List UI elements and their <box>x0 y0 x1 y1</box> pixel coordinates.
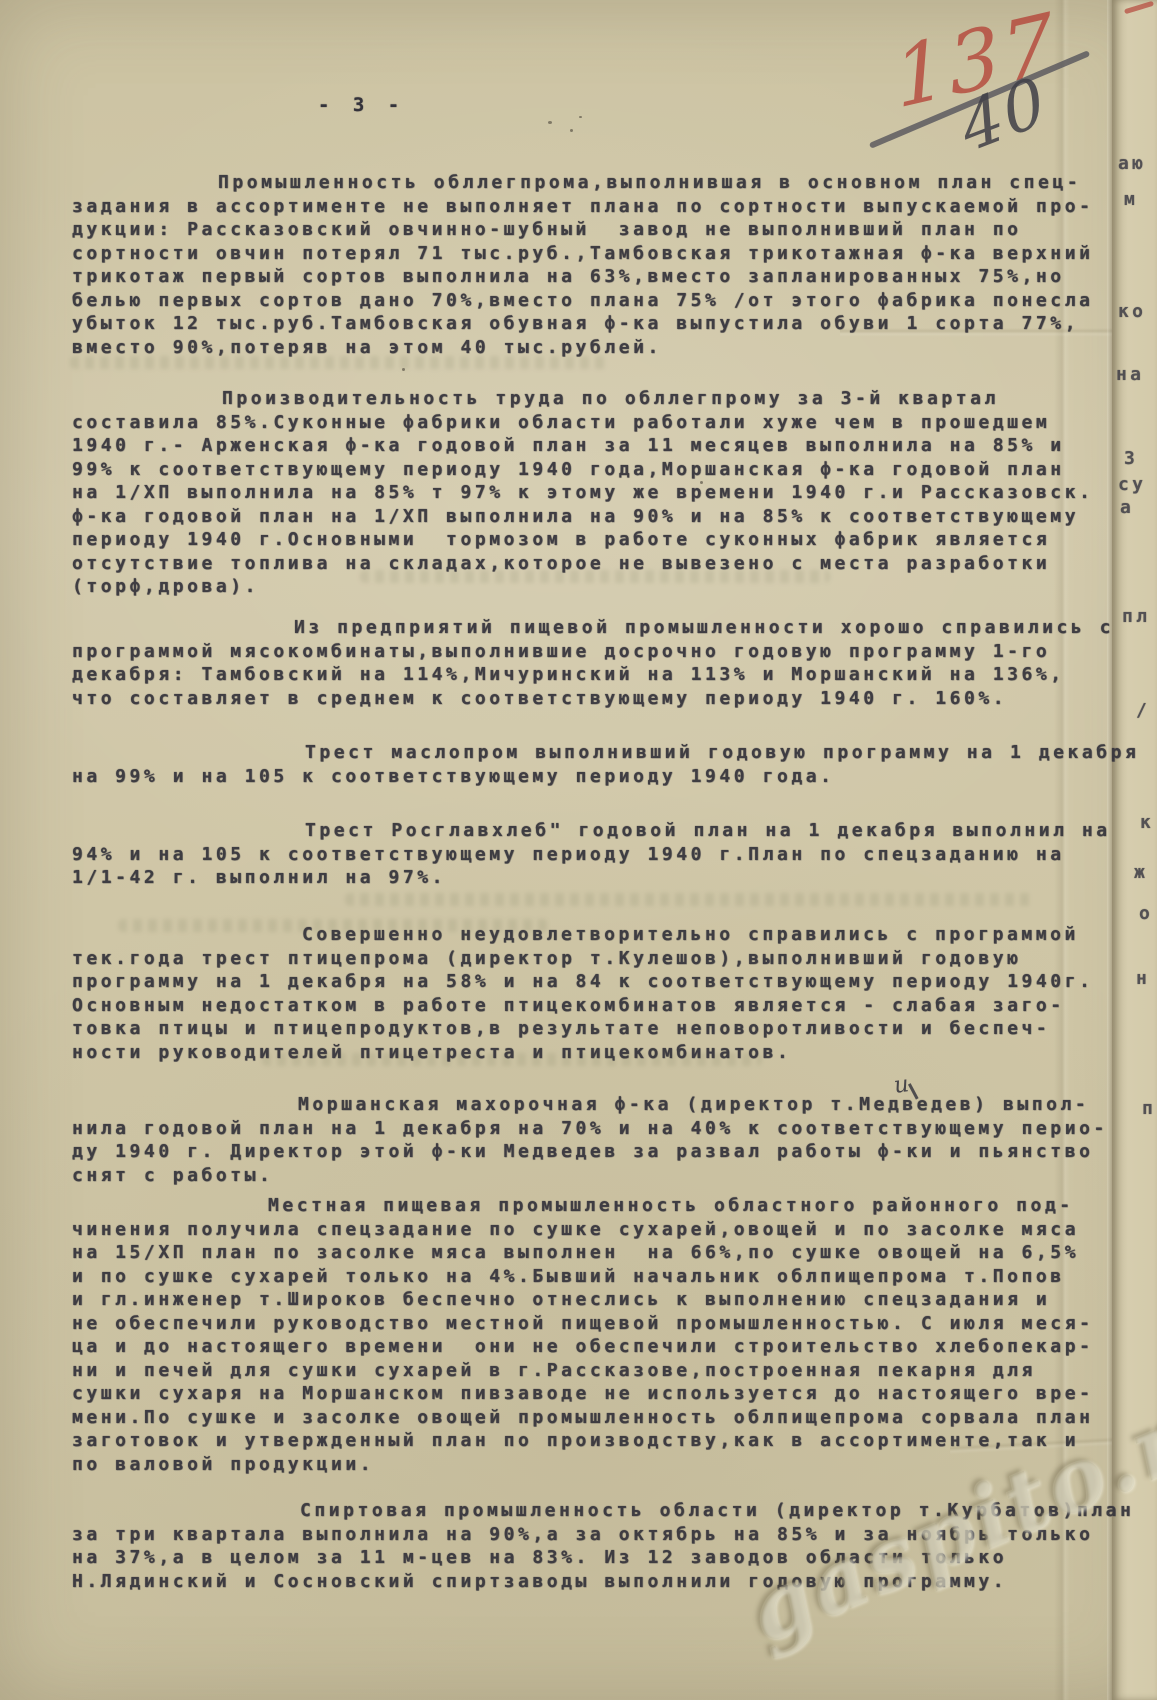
ink-speck <box>700 481 703 484</box>
text-line: нила годовой план на 1 декабря на 70% и … <box>72 1117 1157 1141</box>
text-line: Совершенно неудовлетворительно справилис… <box>72 923 1157 947</box>
text-line: что составляет в среднем к соответствующ… <box>72 687 1157 711</box>
paragraph: Из предприятий пищевой промышленности хо… <box>72 616 1157 710</box>
text-line: тек.года трест птицепрома (директор т.Ку… <box>72 947 1157 971</box>
text-line: отсутствие топлива на складах,которое не… <box>72 552 1157 576</box>
text-line: Промышленность обллегпрома,выполнившая в… <box>72 171 1157 195</box>
text-line: и по сушке сухарей только на 4%.Бывший н… <box>72 1265 1157 1289</box>
text-line: заготовок и утвержденный план по произво… <box>72 1429 1157 1453</box>
margin-text-fragment: ж <box>1134 862 1148 883</box>
margin-text-fragment: / <box>1136 700 1150 721</box>
text-line: составила 85%.Суконные фабрики области р… <box>72 411 1157 435</box>
paragraph: Производительность труда по обллегпрому … <box>72 387 1157 599</box>
margin-text-fragment: на <box>1116 364 1144 385</box>
paragraph: Местная пищевая промышленность областног… <box>72 1194 1157 1476</box>
text-line: трикотаж первый сортов выполнила на 63%,… <box>72 265 1157 289</box>
margin-text-fragment: а <box>1120 497 1134 518</box>
margin-text-fragment: м <box>1124 189 1138 210</box>
text-line: программу на 1 декабря на 58% и на 84 к … <box>72 970 1157 994</box>
paragraph: Промышленность обллегпрома,выполнившая в… <box>72 171 1157 359</box>
text-line: вместо 90%,потеряв на этом 40 тыс.рублей… <box>72 336 1157 360</box>
text-line: Из предприятий пищевой промышленности хо… <box>72 616 1157 640</box>
ink-speck <box>570 129 573 132</box>
margin-text-fragment: о <box>1139 903 1153 924</box>
text-line: ф-ка годовой план на 1/ХП выполнила на 9… <box>72 505 1157 529</box>
text-line: 99% к соответствующему периоду 1940 года… <box>72 458 1157 482</box>
text-line: убыток 12 тыс.руб.Тамбовская обувная ф-к… <box>72 312 1157 336</box>
text-line: Трест Росглавхлеб" годовой план на 1 дек… <box>72 819 1157 843</box>
text-line: периоду 1940 г.Основными тормозом в рабо… <box>72 528 1157 552</box>
text-line: (торф,дрова). <box>72 575 1157 599</box>
text-line: Производительность труда по обллегпрому … <box>72 387 1157 411</box>
margin-text-fragment: аю <box>1118 153 1146 174</box>
text-line: белью первых сортов дано 70%,вместо план… <box>72 289 1157 313</box>
text-line: декабря: Тамбовский на 114%,Мичуринский … <box>72 663 1157 687</box>
text-line: Моршанская махорочная ф-ка (директор т.М… <box>72 1093 1157 1117</box>
text-line: 1940 г.- Арженская ф-ка годовой план за … <box>72 434 1157 458</box>
text-line: сушки сухаря на Моршанском пивзаводе не … <box>72 1382 1157 1406</box>
paragraph: Трест маслопром выполнивший годовую прог… <box>72 741 1157 788</box>
margin-text-fragment: к <box>1140 812 1154 833</box>
text-line: снят с работы. <box>72 1164 1157 1188</box>
text-line: чинения получила спецзадание по сушке су… <box>72 1218 1157 1242</box>
document-page: - 3 - Промышленность обллегпрома,выполни… <box>0 0 1157 1700</box>
text-line: и гл.инженер т.Широков беспечно отнеслис… <box>72 1288 1157 1312</box>
text-line: Местная пищевая промышленность областног… <box>72 1194 1157 1218</box>
text-line: Н.Лядинский и Сосновский спиртзаводы вып… <box>72 1570 1157 1594</box>
paragraph: Совершенно неудовлетворительно справилис… <box>72 923 1157 1064</box>
text-line: ца и до настоящего времени они не обеспе… <box>72 1335 1157 1359</box>
ink-speck <box>579 116 582 118</box>
text-line: программой мясокомбинаты,выполнившие дос… <box>72 640 1157 664</box>
text-line: мени.По сушке и засолке овощей промышлен… <box>72 1406 1157 1430</box>
margin-text-fragment: ко <box>1118 301 1146 322</box>
bleed-through-band <box>345 893 1035 906</box>
text-line: ни и печей для сушки сухарей в г.Рассказ… <box>72 1359 1157 1383</box>
margin-text-fragment: п <box>1142 1098 1156 1119</box>
text-line: на 1/ХП выполнила на 85% т 97% к этому ж… <box>72 481 1157 505</box>
text-line: Трест маслопром выполнивший годовую прог… <box>72 741 1157 765</box>
text-line: дукции: Рассказовский овчинно-шубный зав… <box>72 218 1157 242</box>
margin-text-fragment: су <box>1118 474 1146 495</box>
ink-speck <box>548 121 552 124</box>
paragraph: Моршанская махорочная ф-ка (директор т.М… <box>72 1093 1157 1187</box>
text-line: сортности овчин потерял 71 тыс.руб.,Тамб… <box>72 242 1157 266</box>
text-line: 1/1-42 г. выполнил на 97%. <box>72 866 1157 890</box>
text-line: Основным недостатком в работе птицекомби… <box>72 994 1157 1018</box>
text-line: задания в ассортименте не выполняет план… <box>72 195 1157 219</box>
text-line: товка птицы и птицепродуктов,в результат… <box>72 1017 1157 1041</box>
text-line: ду 1940 г. Директор этой ф-ки Медведев з… <box>72 1140 1157 1164</box>
page-number: - 3 - <box>318 94 405 116</box>
margin-text-fragment: З <box>1124 448 1138 469</box>
text-line: на 15/ХП план по засолке мяса выполнен н… <box>72 1241 1157 1265</box>
ink-speck <box>402 368 405 371</box>
text-line: не обеспечили руководство местной пищево… <box>72 1312 1157 1336</box>
text-line: на 99% и на 105 к соответствующему перио… <box>72 765 1157 789</box>
text-line: 94% и на 105 к соответствующему периоду … <box>72 843 1157 867</box>
paragraph: Трест Росглавхлеб" годовой план на 1 дек… <box>72 819 1157 890</box>
margin-text-fragment: пл <box>1122 606 1150 627</box>
text-line: ности руководителей птицетреста и птицек… <box>72 1041 1157 1065</box>
margin-text-fragment: н <box>1136 968 1150 989</box>
